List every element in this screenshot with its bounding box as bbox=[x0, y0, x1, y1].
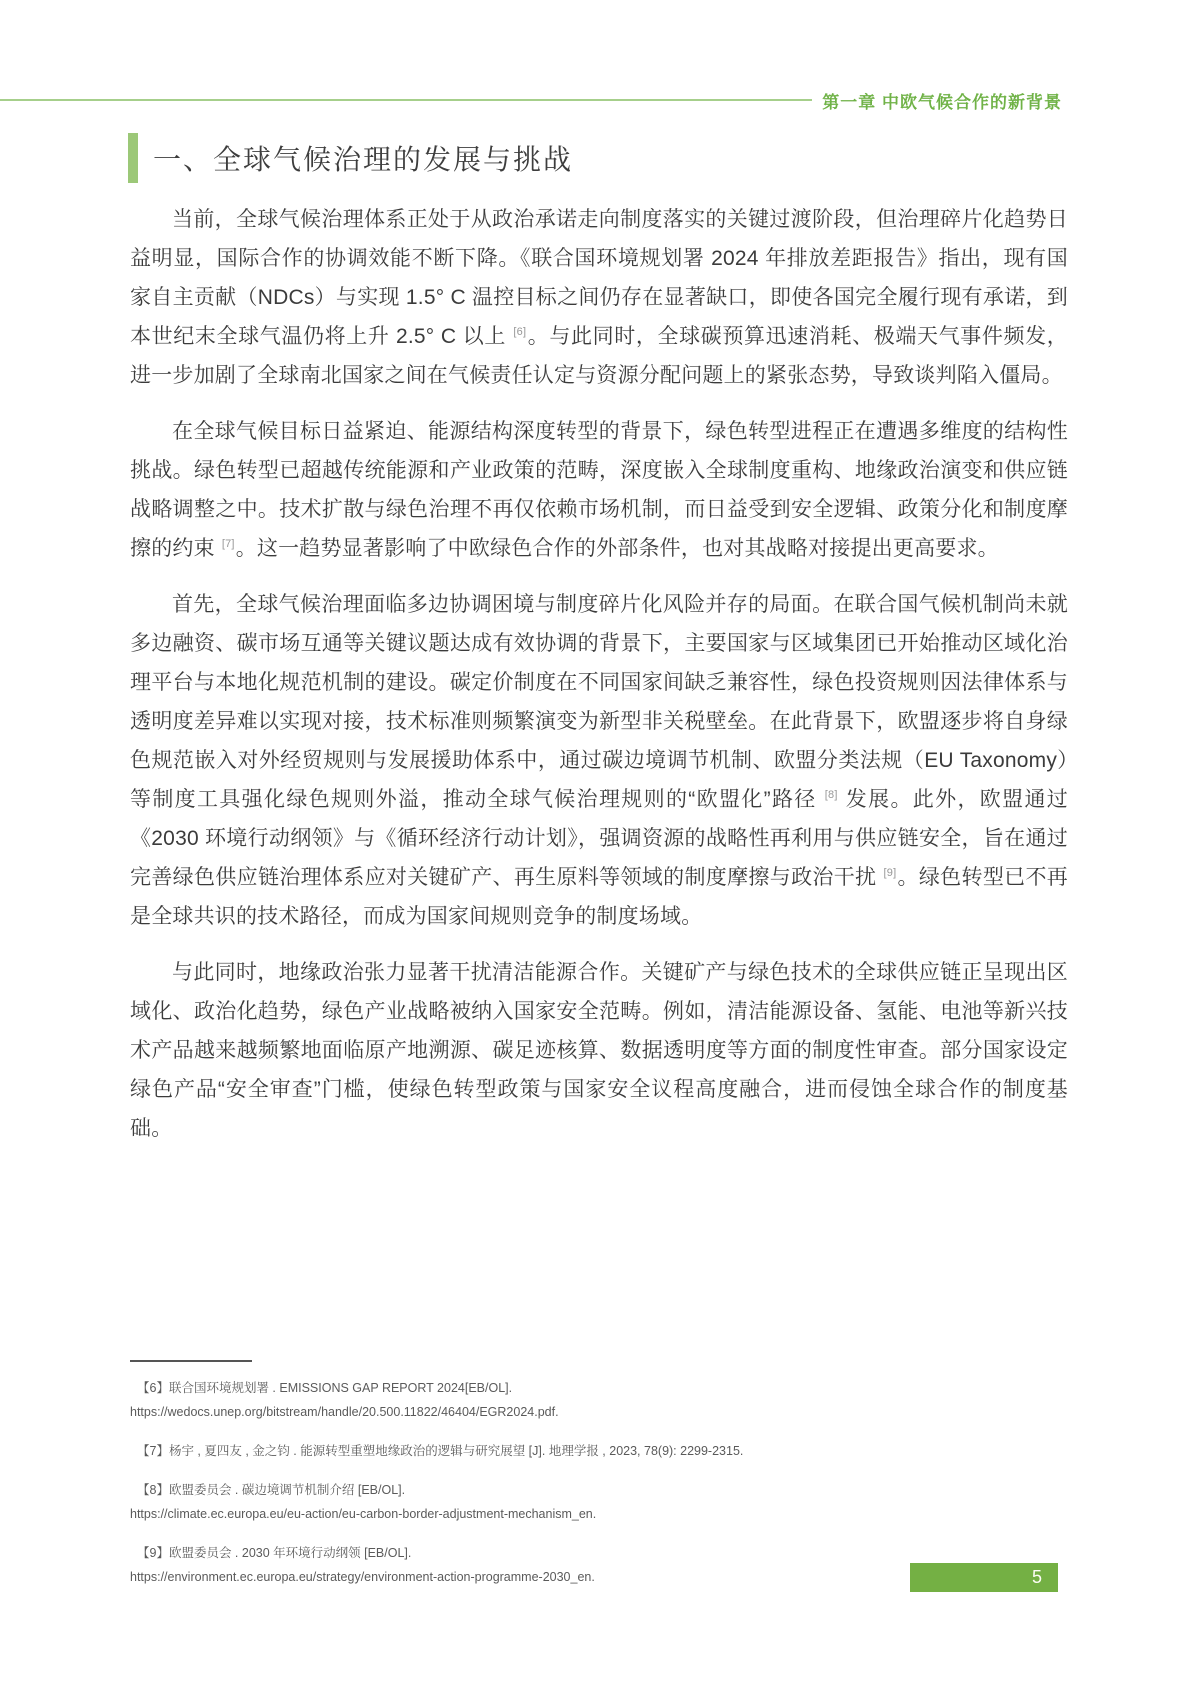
footnote-item: 【7】杨宇 , 夏四友 , 金之钧 . 能源转型重塑地缘政治的逻辑与研究展望 [… bbox=[130, 1439, 950, 1463]
page-number: 5 bbox=[1032, 1567, 1042, 1588]
footnote-citation: 【6】联合国环境规划署 . EMISSIONS GAP REPORT 2024[… bbox=[130, 1376, 950, 1400]
footnote-citation: 【8】欧盟委员会 . 碳边境调节机制介绍 [EB/OL]. bbox=[130, 1478, 950, 1502]
footnote-item: 【9】欧盟委员会 . 2030 年环境行动纲领 [EB/OL].https://… bbox=[130, 1541, 950, 1589]
footnotes-list: 【6】联合国环境规划署 . EMISSIONS GAP REPORT 2024[… bbox=[130, 1376, 950, 1589]
footnote-item: 【8】欧盟委员会 . 碳边境调节机制介绍 [EB/OL].https://cli… bbox=[130, 1478, 950, 1526]
paragraph: 首先，全球气候治理面临多边协调困境与制度碎片化风险并存的局面。在联合国气候机制尚… bbox=[130, 585, 1068, 936]
footnote-ref: [9] bbox=[884, 867, 897, 879]
footnote-citation: 【9】欧盟委员会 . 2030 年环境行动纲领 [EB/OL]. bbox=[130, 1541, 950, 1565]
footnote-url: https://climate.ec.europa.eu/eu-action/e… bbox=[130, 1502, 950, 1526]
section-title-block: 一、全球气候治理的发展与挑战 bbox=[128, 133, 573, 183]
document-page: 第一章 中欧气候合作的新背景 一、全球气候治理的发展与挑战 当前，全球气候治理体… bbox=[0, 0, 1200, 1698]
paragraph: 在全球气候目标日益紧迫、能源结构深度转型的背景下，绿色转型进程正在遭遇多维度的结… bbox=[130, 412, 1068, 568]
footnote-divider bbox=[130, 1360, 252, 1362]
page-number-badge: 5 bbox=[910, 1563, 1058, 1592]
footnote-item: 【6】联合国环境规划署 . EMISSIONS GAP REPORT 2024[… bbox=[130, 1376, 950, 1424]
paragraph: 与此同时，地缘政治张力显著干扰清洁能源合作。关键矿产与绿色技术的全球供应链正呈现… bbox=[130, 953, 1068, 1148]
footnote-ref: [8] bbox=[825, 789, 838, 801]
header-divider bbox=[0, 99, 812, 101]
footnote-ref: [6] bbox=[513, 326, 526, 338]
body-text: 当前，全球气候治理体系正处于从政治承诺走向制度落实的关键过渡阶段，但治理碎片化趋… bbox=[130, 200, 1068, 1148]
running-header-chapter: 第一章 中欧气候合作的新背景 bbox=[822, 88, 1062, 113]
section-title: 一、全球气候治理的发展与挑战 bbox=[153, 138, 573, 178]
footnote-ref: [7] bbox=[222, 538, 235, 550]
paragraph: 当前，全球气候治理体系正处于从政治承诺走向制度落实的关键过渡阶段，但治理碎片化趋… bbox=[130, 200, 1068, 395]
footnote-url: https://wedocs.unep.org/bitstream/handle… bbox=[130, 1400, 950, 1424]
section-title-marker-bar bbox=[128, 133, 138, 183]
footnotes-section: 【6】联合国环境规划署 . EMISSIONS GAP REPORT 2024[… bbox=[130, 1360, 950, 1604]
footnote-citation: 【7】杨宇 , 夏四友 , 金之钧 . 能源转型重塑地缘政治的逻辑与研究展望 [… bbox=[130, 1439, 950, 1463]
footnote-url: https://environment.ec.europa.eu/strateg… bbox=[130, 1565, 950, 1589]
